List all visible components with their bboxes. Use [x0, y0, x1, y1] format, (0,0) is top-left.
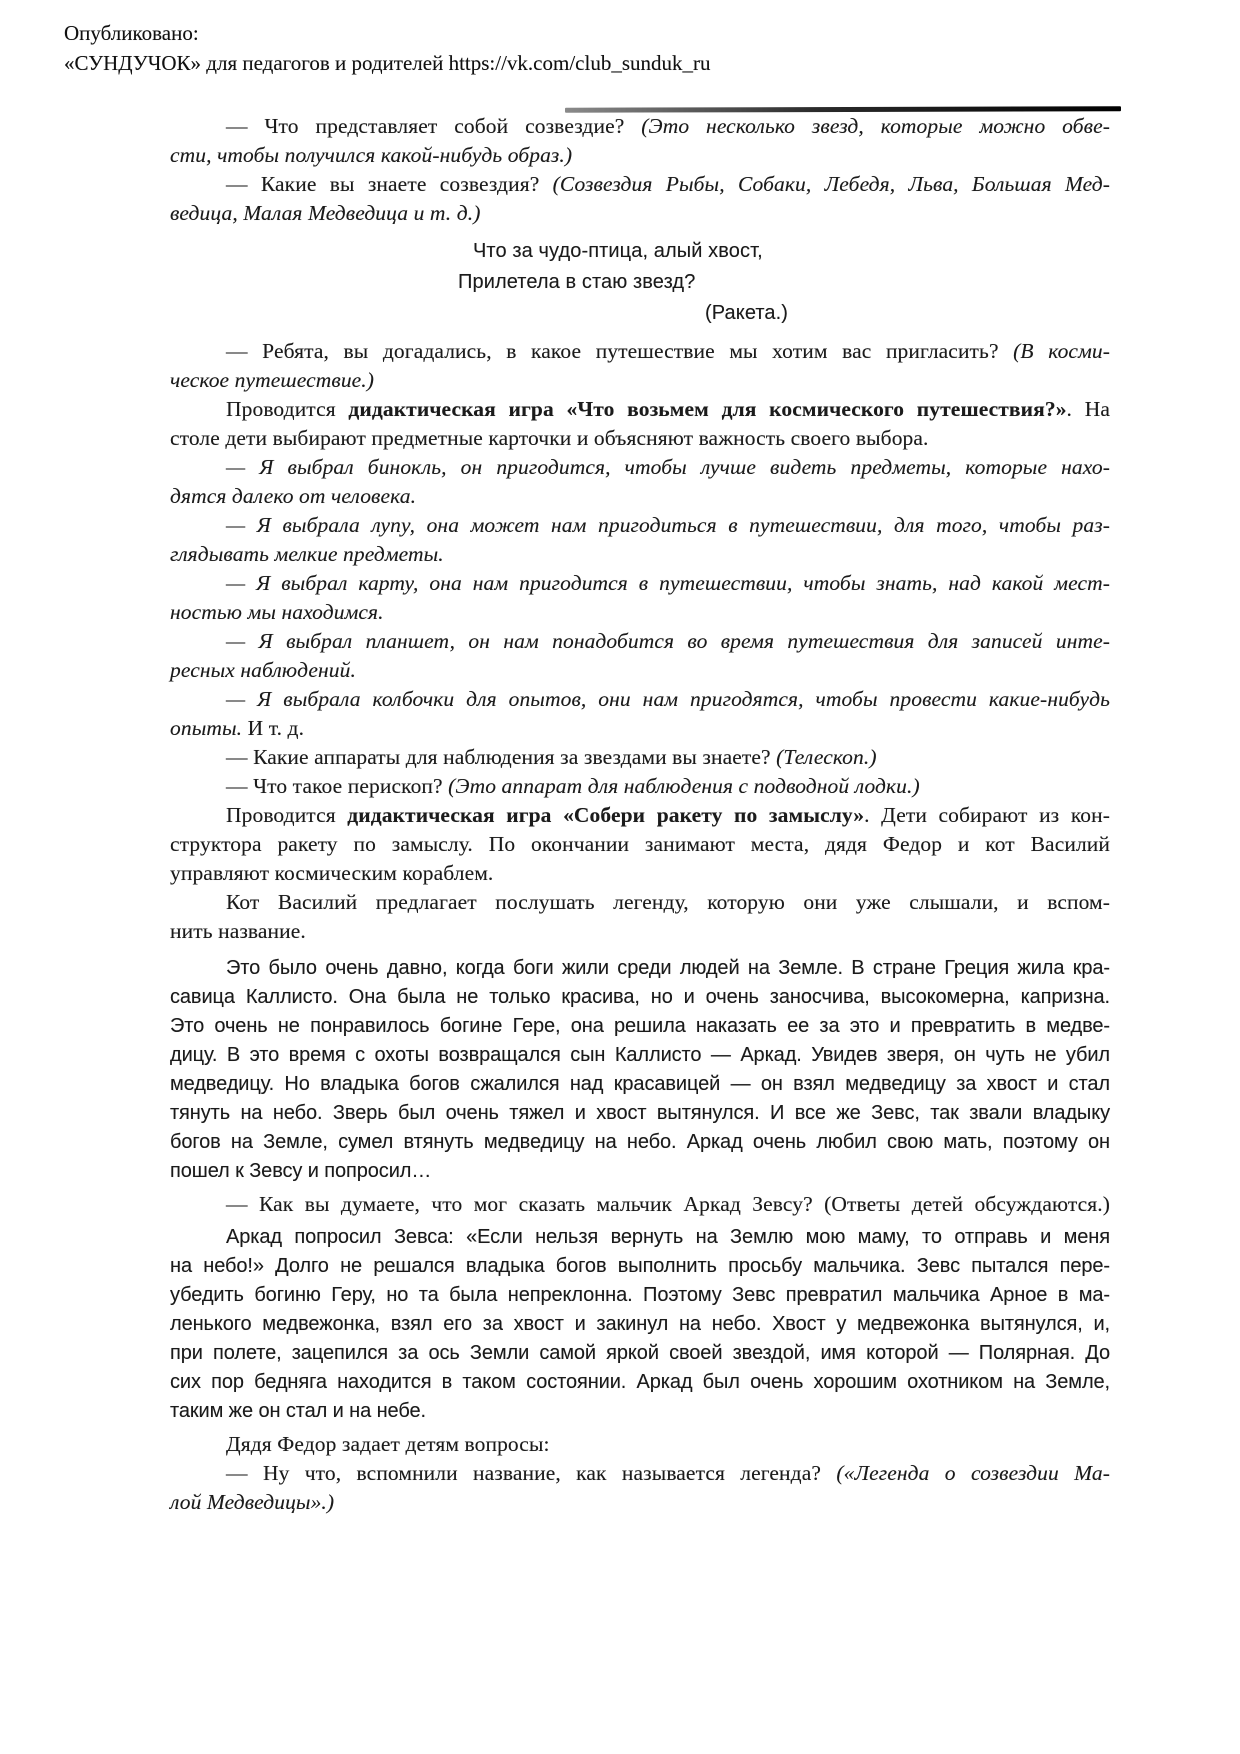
text-run: (Телескоп.) [776, 745, 876, 769]
text-line: управляют космическим кораблем. [170, 859, 1110, 888]
text-run: — Как вы думаете, что мог сказать мальчи… [226, 1192, 1110, 1216]
text-run: Это было очень давно, когда боги жили ср… [226, 957, 1110, 979]
text-run: убедить богиню Геру, но та была непрекло… [170, 1284, 1110, 1306]
text-line: богов на Земле, сумел втянуть медведицу … [170, 1128, 1110, 1157]
text-line: — Я выбрала колбочки для опытов, они нам… [170, 685, 1110, 714]
text-run: опыты. [170, 716, 248, 740]
text-run: ресных наблюдений. [170, 658, 356, 682]
text-run: (Это аппарат для наблюдения с подводной … [448, 774, 920, 798]
text-run: — Я выбрала колбочки для опытов, они нам… [226, 687, 1110, 711]
text-run: на небо!» Долго не решался владыка богов… [170, 1255, 1110, 1277]
text-line: Что за чудо-птица, алый хвост, [473, 236, 1110, 267]
text-run: — Я выбрал планшет, он нам понадобится в… [226, 629, 1110, 653]
text-run: при полете, зацепился за ось Земли самой… [170, 1342, 1110, 1364]
text-run: — Какие вы знаете созвездия? [226, 172, 553, 196]
text-run: Прилетела в стаю звезд? [458, 271, 695, 293]
text-run: («Легенда о созвездии Ма- [836, 1461, 1110, 1485]
text-line: убедить богиню Геру, но та была непрекло… [170, 1281, 1110, 1310]
text-line: — Какие вы знаете созвездия? (Созвездия … [170, 170, 1110, 199]
text-run: Что за чудо-птица, алый хвост, [473, 240, 763, 262]
text-run: — Какие аппараты для наблюдения за звезд… [226, 745, 776, 769]
text-run: дицу. В это время с охоты возвращался сы… [170, 1044, 1110, 1066]
text-line: сих пор бедняга находится в таком состоя… [170, 1368, 1110, 1397]
text-line: дицу. В это время с охоты возвращался сы… [170, 1041, 1110, 1070]
text-line: Это было очень давно, когда боги жили ср… [170, 954, 1110, 983]
text-run: сих пор бедняга находится в таком состоя… [170, 1371, 1110, 1393]
text-run: ведица, Малая Медведица и т. д.) [170, 201, 480, 225]
text-line: Кот Василий предлагает послушать легенду… [170, 888, 1110, 917]
text-line: нить название. [170, 917, 1110, 946]
text-run: глядывать мелкие предметы. [170, 542, 444, 566]
text-run: Кот Василий предлагает послушать легенду… [226, 890, 1110, 914]
text-run: Аркад попросил Зевса: «Если нельзя верну… [226, 1226, 1110, 1248]
text-line: Прилетела в стаю звезд? [458, 267, 1110, 298]
text-run: дидактическая игра «Собери ракету по зам… [347, 803, 864, 827]
text-line: тянуть на небо. Зверь был очень тяжел и … [170, 1099, 1110, 1128]
text-run: (Созвездия Рыбы, Собаки, Лебедя, Льва, Б… [553, 172, 1110, 196]
text-line: ленького медвежонка, взял его за хвост и… [170, 1310, 1110, 1339]
text-run: . Дети собирают из кон- [864, 803, 1110, 827]
text-line: опыты. И т. д. [170, 714, 1110, 743]
text-run: управляют космическим кораблем. [170, 861, 493, 885]
text-line: Дядя Федор задает детям вопросы: [170, 1430, 1110, 1459]
text-run: структора ракету по замыслу. По окончани… [170, 832, 1110, 856]
text-run: . На [1067, 397, 1110, 421]
text-line: Это очень не понравилось богине Гере, он… [170, 1012, 1110, 1041]
text-line: ресных наблюдений. [170, 656, 1110, 685]
source-attribution: «СУНДУЧОК» для педагогов и родителей htt… [64, 48, 711, 78]
text-run: (Это несколько звезд, которые можно обве… [641, 114, 1110, 138]
text-run: (В косми- [1013, 339, 1110, 363]
text-run: Это очень не понравилось богине Гере, он… [170, 1015, 1110, 1037]
text-line: Проводится дидактическая игра «Собери ра… [170, 801, 1110, 830]
text-run: пошел к Зевсу и попросил… [170, 1160, 431, 1182]
published-label: Опубликовано: [64, 18, 711, 48]
publication-header: Опубликовано: «СУНДУЧОК» для педагогов и… [64, 18, 711, 78]
text-run: — Я выбрала лупу, она может нам пригодит… [226, 513, 1110, 537]
text-line: — Как вы думаете, что мог сказать мальчи… [170, 1190, 1110, 1219]
text-line: глядывать мелкие предметы. [170, 540, 1110, 569]
text-line: — Я выбрал планшет, он нам понадобится в… [170, 627, 1110, 656]
text-line: медведицу. Но владыка богов сжалился над… [170, 1070, 1110, 1099]
text-line: столе дети выбирают предметные карточки … [170, 424, 1110, 453]
text-line: пошел к Зевсу и попросил… [170, 1157, 1110, 1186]
text-line: — Ну что, вспомнили название, как называ… [170, 1459, 1110, 1488]
text-run: Проводится [226, 397, 348, 421]
text-run: савица Каллисто. Она была не только крас… [170, 986, 1110, 1008]
text-run: ленького медвежонка, взял его за хвост и… [170, 1313, 1110, 1335]
text-line: — Что такое перископ? (Это аппарат для н… [170, 772, 1110, 801]
text-run: лой Медведицы».) [170, 1490, 334, 1514]
text-line: Проводится дидактическая игра «Что возьм… [170, 395, 1110, 424]
text-run: — Что представляет собой созвездие? [226, 114, 641, 138]
text-run: — Я выбрал бинокль, он пригодится, чтобы… [226, 455, 1110, 479]
text-line: при полете, зацепился за ось Земли самой… [170, 1339, 1110, 1368]
text-line: (Ракета.) [705, 298, 1110, 329]
text-run: — Что такое перископ? [226, 774, 448, 798]
text-run: дятся далеко от человека. [170, 484, 416, 508]
text-run: И т. д. [248, 716, 304, 740]
document-body: — Что представляет собой созвездие? (Это… [170, 112, 1110, 1517]
text-run: Проводится [226, 803, 347, 827]
text-run: (Ракета.) [705, 302, 788, 324]
text-line: сти, чтобы получился какой-нибудь образ.… [170, 141, 1110, 170]
text-line: на небо!» Долго не решался владыка богов… [170, 1252, 1110, 1281]
text-line: ностью мы находимся. [170, 598, 1110, 627]
text-run: сти, чтобы получился какой-нибудь образ.… [170, 143, 572, 167]
text-line: ведица, Малая Медведица и т. д.) [170, 199, 1110, 228]
text-run: таким же он стал и на небе. [170, 1400, 426, 1422]
text-line: — Какие аппараты для наблюдения за звезд… [170, 743, 1110, 772]
text-line: — Что представляет собой созвездие? (Это… [170, 112, 1110, 141]
text-run: — Я выбрал карту, она нам пригодится в п… [226, 571, 1110, 595]
text-run: дидактическая игра «Что возьмем для косм… [348, 397, 1066, 421]
text-line: — Я выбрал карту, она нам пригодится в п… [170, 569, 1110, 598]
text-line: савица Каллисто. Она была не только крас… [170, 983, 1110, 1012]
text-line: структора ракету по замыслу. По окончани… [170, 830, 1110, 859]
text-line: Аркад попросил Зевса: «Если нельзя верну… [170, 1223, 1110, 1252]
text-line: ческое путешествие.) [170, 366, 1110, 395]
text-line: таким же он стал и на небе. [170, 1397, 1110, 1426]
text-line: — Ребята, вы догадались, в какое путешес… [170, 337, 1110, 366]
text-run: медведицу. Но владыка богов сжалился над… [170, 1073, 1110, 1095]
text-run: тянуть на небо. Зверь был очень тяжел и … [170, 1102, 1110, 1124]
text-line: — Я выбрала лупу, она может нам пригодит… [170, 511, 1110, 540]
text-run: — Ребята, вы догадались, в какое путешес… [226, 339, 1013, 363]
text-run: ческое путешествие.) [170, 368, 374, 392]
text-run: нить название. [170, 919, 306, 943]
text-line: лой Медведицы».) [170, 1488, 1110, 1517]
text-line: — Я выбрал бинокль, он пригодится, чтобы… [170, 453, 1110, 482]
text-run: — Ну что, вспомнили название, как называ… [226, 1461, 836, 1485]
text-line: дятся далеко от человека. [170, 482, 1110, 511]
text-run: ностью мы находимся. [170, 600, 384, 624]
scanned-document-page: Опубликовано: «СУНДУЧОК» для педагогов и… [0, 0, 1240, 1754]
text-run: Дядя Федор задает детям вопросы: [226, 1432, 550, 1456]
text-run: богов на Земле, сумел втянуть медведицу … [170, 1131, 1110, 1153]
text-run: столе дети выбирают предметные карточки … [170, 426, 929, 450]
